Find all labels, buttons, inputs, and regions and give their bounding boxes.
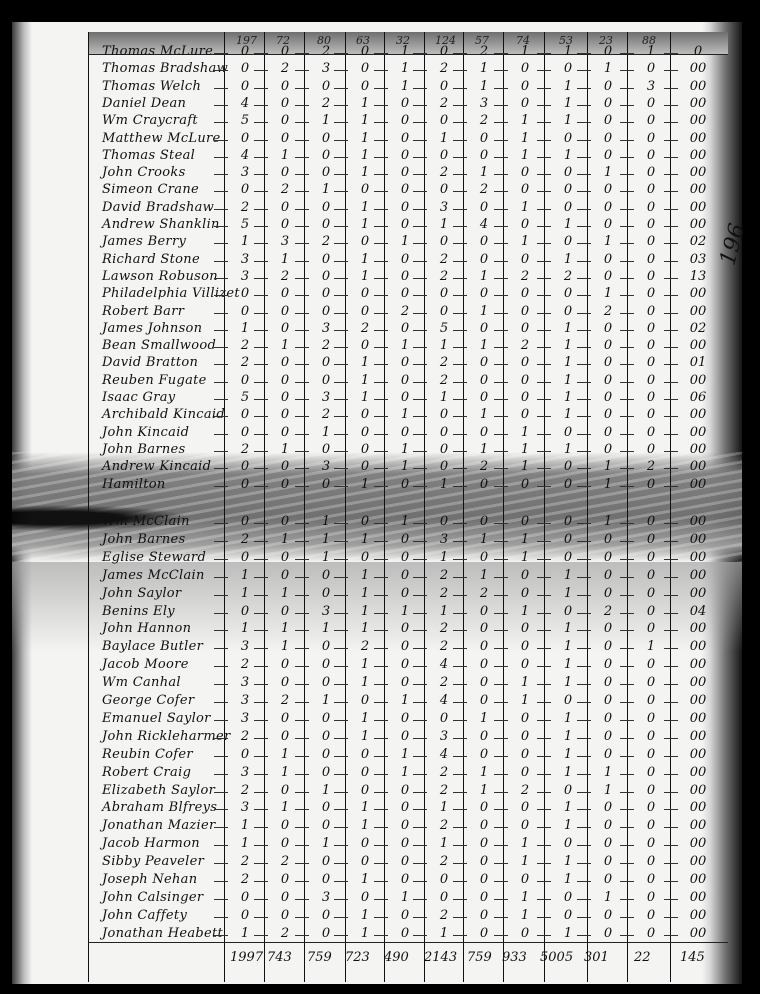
tally-cell-extra: 03 <box>684 252 712 267</box>
tally-cell: 1 <box>354 568 376 583</box>
tally-cell-extra: 00 <box>684 96 712 111</box>
tally-cell-extra: 00 <box>684 407 712 422</box>
tally-cell: 0 <box>274 818 296 833</box>
tally-cell: 0 <box>473 234 495 249</box>
tally-cell: 0 <box>473 200 495 215</box>
ledger-row: Hamilton0001010001000 <box>12 477 742 497</box>
tally-cell: 1 <box>234 234 256 249</box>
tally-cell: 0 <box>394 113 416 128</box>
tally-cell-extra: 00 <box>684 765 712 780</box>
tally-cell: 0 <box>640 693 662 708</box>
tally-cell: 1 <box>433 604 455 619</box>
tally-cell: 0 <box>640 286 662 301</box>
tally-cell: 0 <box>514 926 536 941</box>
tally-cell-extra: 00 <box>684 783 712 798</box>
tally-cell: 1 <box>473 338 495 353</box>
tally-cell: 0 <box>557 234 579 249</box>
tally-cell: 0 <box>354 459 376 474</box>
tally-cell: 1 <box>274 639 296 654</box>
tally-cell: 2 <box>234 783 256 798</box>
tally-cell: 0 <box>514 711 536 726</box>
tally-cell: 0 <box>597 338 619 353</box>
tally-cell: 0 <box>234 182 256 197</box>
tally-cell: 2 <box>315 44 337 59</box>
footer-total: 5005 <box>540 950 573 965</box>
tally-cell: 0 <box>315 373 337 388</box>
tally-cell: 4 <box>433 693 455 708</box>
tally-cell: 0 <box>514 182 536 197</box>
tally-cell: 0 <box>433 44 455 59</box>
tally-cell: 0 <box>394 217 416 232</box>
tally-cell: 1 <box>597 165 619 180</box>
footer-total: 723 <box>345 950 370 965</box>
tally-cell: 1 <box>354 390 376 405</box>
tally-cell: 1 <box>514 131 536 146</box>
tally-cell: 1 <box>274 621 296 636</box>
tally-cell: 1 <box>514 234 536 249</box>
tally-cell: 1 <box>597 514 619 529</box>
tally-cell: 0 <box>640 407 662 422</box>
tally-cell: 1 <box>557 44 579 59</box>
tally-cell: 0 <box>433 890 455 905</box>
tally-cell: 1 <box>473 765 495 780</box>
tally-cell: 2 <box>433 675 455 690</box>
tally-cell: 1 <box>354 269 376 284</box>
tally-cell: 0 <box>394 200 416 215</box>
tally-cell: 3 <box>315 321 337 336</box>
tally-cell: 1 <box>354 908 376 923</box>
tally-cell: 1 <box>557 711 579 726</box>
tally-cell: 0 <box>473 729 495 744</box>
tally-cell: 5 <box>234 390 256 405</box>
tally-cell: 0 <box>473 747 495 762</box>
tally-cell: 1 <box>394 765 416 780</box>
tally-cell: 1 <box>354 252 376 267</box>
tally-cell: 0 <box>274 217 296 232</box>
tally-cell: 0 <box>597 568 619 583</box>
tally-cell: 1 <box>557 407 579 422</box>
tally-cell: 2 <box>433 165 455 180</box>
tally-cell: 1 <box>433 338 455 353</box>
tally-cell: 0 <box>597 407 619 422</box>
tally-cell: 2 <box>234 338 256 353</box>
tally-cell: 1 <box>473 304 495 319</box>
tally-cell: 2 <box>433 908 455 923</box>
tally-cell: 4 <box>234 96 256 111</box>
tally-cell: 2 <box>433 96 455 111</box>
tally-cell: 0 <box>597 321 619 336</box>
tally-cell: 2 <box>234 200 256 215</box>
tally-cell-extra: 00 <box>684 621 712 636</box>
tally-cell-extra: 00 <box>684 61 712 76</box>
tally-cell: 3 <box>433 532 455 547</box>
tally-cell: 0 <box>234 604 256 619</box>
tally-cell: 0 <box>274 355 296 370</box>
tally-cell: 0 <box>640 200 662 215</box>
tally-cell: 2 <box>514 338 536 353</box>
footer-total: 2143 <box>424 950 457 965</box>
tally-cell: 3 <box>234 165 256 180</box>
tally-cell: 0 <box>640 836 662 851</box>
tally-cell: 1 <box>354 373 376 388</box>
tally-cell: 0 <box>354 407 376 422</box>
tally-cell: 1 <box>354 477 376 492</box>
tally-cell: 2 <box>274 854 296 869</box>
tally-cell: 0 <box>394 926 416 941</box>
tally-cell: 0 <box>597 657 619 672</box>
tally-cell: 0 <box>597 44 619 59</box>
tally-cell: 1 <box>473 79 495 94</box>
tally-cell: 0 <box>433 407 455 422</box>
tally-cell: 0 <box>473 390 495 405</box>
tally-cell: 1 <box>394 890 416 905</box>
household-name: Reubin Cofer <box>102 747 193 762</box>
tally-cell: 1 <box>473 407 495 422</box>
tally-cell: 1 <box>514 604 536 619</box>
tally-cell: 0 <box>640 675 662 690</box>
tally-cell: 1 <box>597 234 619 249</box>
tally-cell: 2 <box>473 113 495 128</box>
tally-cell: 0 <box>394 568 416 583</box>
tally-cell: 1 <box>234 818 256 833</box>
tally-cell: 0 <box>234 459 256 474</box>
household-name: John Caffety <box>102 908 187 923</box>
tally-cell: 0 <box>234 61 256 76</box>
tally-cell: 3 <box>473 96 495 111</box>
tally-cell: 1 <box>354 604 376 619</box>
tally-cell: 1 <box>274 800 296 815</box>
tally-cell: 0 <box>394 818 416 833</box>
tally-cell: 0 <box>640 729 662 744</box>
tally-cell: 2 <box>315 234 337 249</box>
household-name: Andrew Shanklin <box>102 217 220 232</box>
tally-cell: 0 <box>640 747 662 762</box>
tally-cell: 1 <box>514 532 536 547</box>
tally-cell: 1 <box>315 836 337 851</box>
tally-cell: 1 <box>274 586 296 601</box>
tally-cell: 3 <box>315 459 337 474</box>
tally-cell-extra: 00 <box>684 425 712 440</box>
tally-cell: 1 <box>394 44 416 59</box>
tally-cell: 0 <box>597 854 619 869</box>
tally-cell: 0 <box>354 890 376 905</box>
tally-cell: 2 <box>557 269 579 284</box>
tally-cell: 0 <box>514 621 536 636</box>
household-name: Jonathan Mazier <box>102 818 216 833</box>
tally-cell: 2 <box>234 872 256 887</box>
tally-cell: 0 <box>514 217 536 232</box>
tally-cell-extra: 00 <box>684 550 712 565</box>
tally-cell: 1 <box>473 269 495 284</box>
tally-cell: 0 <box>597 217 619 232</box>
tally-cell: 0 <box>394 425 416 440</box>
tally-cell: 1 <box>597 477 619 492</box>
tally-cell: 1 <box>234 568 256 583</box>
tally-cell: 0 <box>315 165 337 180</box>
tally-cell-extra: 00 <box>684 693 712 708</box>
tally-cell: 0 <box>394 872 416 887</box>
tally-cell: 0 <box>557 61 579 76</box>
tally-cell: 5 <box>234 217 256 232</box>
tally-cell: 1 <box>557 79 579 94</box>
tally-cell: 0 <box>597 79 619 94</box>
tally-cell: 0 <box>394 550 416 565</box>
household-name: Thomas Bradshaw <box>102 61 228 76</box>
tally-cell: 0 <box>640 217 662 232</box>
tally-cell: 2 <box>274 926 296 941</box>
tally-cell: 1 <box>315 550 337 565</box>
household-name: Eglise Steward <box>102 550 206 565</box>
tally-cell: 0 <box>274 96 296 111</box>
tally-cell: 1 <box>597 459 619 474</box>
tally-cell: 0 <box>315 765 337 780</box>
footer-total: 743 <box>267 950 292 965</box>
tally-cell: 1 <box>354 131 376 146</box>
household-name: John Saylor <box>102 586 181 601</box>
tally-cell: 1 <box>354 800 376 815</box>
tally-cell: 0 <box>315 586 337 601</box>
tally-cell-extra: 00 <box>684 729 712 744</box>
tally-cell: 0 <box>354 304 376 319</box>
tally-cell: 0 <box>234 908 256 923</box>
tally-cell: 0 <box>394 639 416 654</box>
tally-cell: 1 <box>354 165 376 180</box>
tally-cell: 0 <box>274 459 296 474</box>
tally-cell-extra: 00 <box>684 165 712 180</box>
tally-cell: 3 <box>234 711 256 726</box>
household-name: Philadelphia Villizet <box>102 286 240 301</box>
tally-cell: 1 <box>557 390 579 405</box>
household-name: John Kincaid <box>102 425 189 440</box>
tally-cell: 1 <box>514 200 536 215</box>
tally-cell: 0 <box>394 390 416 405</box>
tally-cell: 0 <box>354 836 376 851</box>
tally-cell: 3 <box>433 200 455 215</box>
tally-cell: 0 <box>473 131 495 146</box>
tally-cell: 0 <box>557 836 579 851</box>
tally-cell: 0 <box>640 604 662 619</box>
tally-cell: 1 <box>315 621 337 636</box>
tally-cell: 0 <box>274 711 296 726</box>
tally-cell: 2 <box>234 854 256 869</box>
tally-cell: 1 <box>557 639 579 654</box>
tally-cell: 0 <box>597 96 619 111</box>
tally-cell: 0 <box>315 926 337 941</box>
tally-cell: 2 <box>433 586 455 601</box>
tally-cell: 0 <box>354 338 376 353</box>
household-name: George Cofer <box>102 693 194 708</box>
tally-cell: 0 <box>640 234 662 249</box>
tally-cell-extra: 00 <box>684 304 712 319</box>
tally-cell: 0 <box>433 442 455 457</box>
tally-cell: 2 <box>640 459 662 474</box>
tally-cell: 1 <box>394 61 416 76</box>
household-name: Robert Barr <box>102 304 184 319</box>
tally-cell: 0 <box>640 321 662 336</box>
tally-cell: 1 <box>514 890 536 905</box>
tally-cell: 0 <box>315 442 337 457</box>
tally-cell: 1 <box>597 890 619 905</box>
tally-cell: 0 <box>394 586 416 601</box>
household-name: Benins Ely <box>102 604 175 619</box>
tally-cell: 4 <box>433 747 455 762</box>
tally-cell: 1 <box>473 711 495 726</box>
tally-cell-extra: 00 <box>684 200 712 215</box>
tally-cell: 0 <box>640 148 662 163</box>
tally-cell: 0 <box>557 131 579 146</box>
tally-cell: 0 <box>514 407 536 422</box>
tally-cell: 0 <box>597 711 619 726</box>
tally-cell: 0 <box>433 514 455 529</box>
tally-cell: 2 <box>315 338 337 353</box>
tally-cell: 0 <box>597 729 619 744</box>
tally-cell-extra: 00 <box>684 514 712 529</box>
tally-cell: 0 <box>274 872 296 887</box>
tally-cell: 2 <box>274 693 296 708</box>
tally-cell: 1 <box>234 321 256 336</box>
tally-cell: 1 <box>557 800 579 815</box>
tally-cell: 1 <box>514 442 536 457</box>
tally-cell: 5 <box>433 321 455 336</box>
tally-cell: 3 <box>234 800 256 815</box>
tally-cell: 0 <box>394 148 416 163</box>
tally-cell: 1 <box>514 459 536 474</box>
tally-cell: 3 <box>433 729 455 744</box>
tally-cell: 0 <box>640 442 662 457</box>
tally-cell: 1 <box>433 800 455 815</box>
tally-cell: 0 <box>394 269 416 284</box>
household-name: Richard Stone <box>102 252 200 267</box>
tally-cell: 1 <box>557 586 579 601</box>
tally-cell: 1 <box>354 711 376 726</box>
tally-cell: 0 <box>597 586 619 601</box>
household-name: Sibby Peaveler <box>102 854 204 869</box>
tally-cell: 0 <box>514 96 536 111</box>
tally-cell: 0 <box>394 783 416 798</box>
tally-cell: 0 <box>354 783 376 798</box>
tally-cell: 0 <box>557 182 579 197</box>
tally-cell: 1 <box>557 747 579 762</box>
tally-cell: 1 <box>354 217 376 232</box>
tally-cell: 1 <box>640 639 662 654</box>
tally-cell: 0 <box>354 286 376 301</box>
tally-cell: 0 <box>597 818 619 833</box>
tally-cell: 0 <box>557 550 579 565</box>
tally-cell: 2 <box>433 818 455 833</box>
ledger-row: Jonathan Heabett1201010010000 <box>12 926 742 946</box>
tally-cell: 1 <box>315 425 337 440</box>
tally-cell: 0 <box>473 550 495 565</box>
tally-cell: 1 <box>433 131 455 146</box>
tally-cell: 0 <box>234 286 256 301</box>
footer-total: 301 <box>584 950 609 965</box>
tally-cell: 0 <box>354 425 376 440</box>
tally-cell: 1 <box>234 586 256 601</box>
household-name: Reuben Fugate <box>102 373 207 388</box>
tally-cell: 0 <box>274 514 296 529</box>
tally-cell: 1 <box>315 113 337 128</box>
tally-cell: 0 <box>640 926 662 941</box>
tally-cell: 0 <box>514 165 536 180</box>
tally-cell: 0 <box>354 61 376 76</box>
tally-cell: 0 <box>354 854 376 869</box>
household-name: John Calsinger <box>102 890 203 905</box>
tally-cell: 1 <box>514 425 536 440</box>
tally-cell: 1 <box>274 252 296 267</box>
tally-cell: 0 <box>473 425 495 440</box>
tally-cell: 2 <box>433 61 455 76</box>
tally-cell: 0 <box>315 200 337 215</box>
tally-cell: 0 <box>354 747 376 762</box>
tally-cell: 0 <box>394 532 416 547</box>
tally-cell-extra: 04 <box>684 604 712 619</box>
tally-cell: 2 <box>433 783 455 798</box>
tally-cell: 0 <box>473 908 495 923</box>
tally-cell: 0 <box>640 586 662 601</box>
tally-cell: 0 <box>274 657 296 672</box>
tally-cell: 5 <box>234 113 256 128</box>
tally-cell: 1 <box>234 926 256 941</box>
tally-cell: 0 <box>394 355 416 370</box>
tally-cell: 1 <box>514 113 536 128</box>
tally-cell: 0 <box>557 890 579 905</box>
tally-cell: 1 <box>394 604 416 619</box>
tally-cell-extra: 00 <box>684 586 712 601</box>
tally-cell: 1 <box>394 693 416 708</box>
tally-cell: 1 <box>597 783 619 798</box>
tally-cell: 0 <box>315 675 337 690</box>
tally-cell: 0 <box>597 926 619 941</box>
tally-cell: 0 <box>640 890 662 905</box>
tally-cell: 0 <box>433 79 455 94</box>
tally-cell: 0 <box>597 390 619 405</box>
footer-total: 933 <box>502 950 527 965</box>
tally-cell: 0 <box>473 872 495 887</box>
tally-cell: 0 <box>473 252 495 267</box>
tally-cell: 1 <box>473 568 495 583</box>
tally-cell: 2 <box>234 442 256 457</box>
household-name: Baylace Butler <box>102 639 203 654</box>
tally-cell: 0 <box>640 908 662 923</box>
tally-cell: 1 <box>514 836 536 851</box>
tally-cell: 1 <box>557 729 579 744</box>
tally-cell: 1 <box>354 586 376 601</box>
tally-cell: 0 <box>274 373 296 388</box>
tally-cell: 1 <box>354 532 376 547</box>
household-name: John Rickleharmer <box>102 729 231 744</box>
tally-cell: 1 <box>514 908 536 923</box>
tally-cell: 0 <box>234 514 256 529</box>
tally-cell: 1 <box>473 532 495 547</box>
tally-cell: 0 <box>274 131 296 146</box>
tally-cell: 0 <box>640 373 662 388</box>
tally-cell: 1 <box>274 532 296 547</box>
tally-cell: 0 <box>640 783 662 798</box>
tally-cell: 0 <box>274 286 296 301</box>
tally-cell: 0 <box>597 747 619 762</box>
tally-cell: 3 <box>234 639 256 654</box>
tally-cell: 1 <box>557 217 579 232</box>
tally-cell: 0 <box>557 693 579 708</box>
tally-cell-extra: 00 <box>684 854 712 869</box>
tally-cell: 0 <box>274 200 296 215</box>
tally-cell: 1 <box>514 44 536 59</box>
tally-cell-extra: 00 <box>684 442 712 457</box>
tally-cell: 0 <box>274 908 296 923</box>
household-name: Bean Smallwood <box>102 338 216 353</box>
tally-cell: 0 <box>514 765 536 780</box>
tally-cell: 1 <box>640 44 662 59</box>
